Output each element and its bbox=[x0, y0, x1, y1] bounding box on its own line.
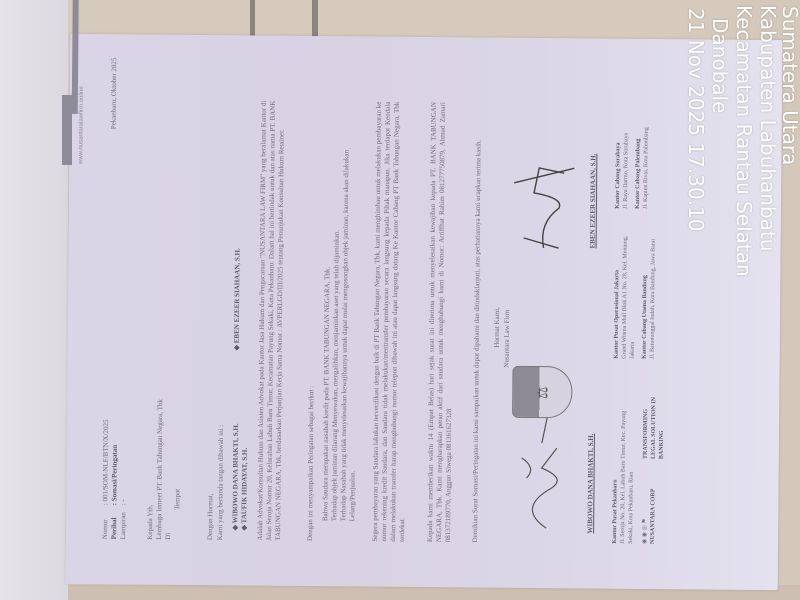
timestamp-overlay-line-1: 21 Nov 2025 17.30.10 bbox=[684, 8, 708, 232]
signatory-2: ◆ TAUFIK HIDAYAT, S.H. bbox=[240, 448, 250, 531]
timestamp-overlay-line-3: Kecamatan Rantau Selatan bbox=[732, 5, 756, 277]
recipient-line: Tempat bbox=[173, 240, 184, 510]
perihal-value: : Somasi/Peringatan bbox=[110, 445, 119, 506]
timestamp-overlay-line-5: Sumatera Utara bbox=[778, 6, 800, 165]
office-address: Jl. Batununggal Indah, Kota Bandung, Jaw… bbox=[649, 229, 658, 359]
signatory-3: ◆ EBEN EZEER SIAHAAN, S.H. bbox=[233, 248, 243, 350]
footer-office-branches: Kantor Cabang Surabaya Jl. Raya Darmo, K… bbox=[614, 89, 651, 209]
footer-office-pekanbaru: Kantor Pusat Pekanbaru Jl. Seroja No. 20… bbox=[611, 394, 636, 544]
office-address: Jl. Raya Darmo, Kota Surabaya bbox=[622, 89, 631, 209]
tile-grout-line bbox=[250, 0, 255, 40]
paragraph-1: Adalah Advokat/Konsultan Hukum dan Asist… bbox=[256, 101, 287, 541]
recipient-block: Kepada Yth. Lembaga Inmeet PT. Bank Tabu… bbox=[146, 240, 185, 540]
signature-right bbox=[503, 148, 584, 269]
lampiran-value: : - bbox=[119, 499, 127, 505]
letter-paper: www.nusantaralawfirm.online Pekanbaru, O… bbox=[66, 34, 783, 590]
office-address: Jl. Seroja No. 20, Kel. Labuh Baru Timur… bbox=[619, 394, 636, 544]
points-list: Bahwa Saudara merupakan nasabah kredit p… bbox=[321, 101, 361, 521]
signer-right-name: EBEN EZEER SIAHAAN, S.H. bbox=[589, 154, 599, 249]
nomor-value: : 001/SOM-NLF/BTN/X/2025 bbox=[101, 419, 110, 505]
place-date: Pekanbaru, Oktober 2025 bbox=[110, 58, 120, 130]
letter-content-rotated: www.nusantaralawfirm.online Pekanbaru, O… bbox=[66, 34, 783, 590]
paper-edge-bar bbox=[62, 95, 72, 165]
signature-left bbox=[506, 408, 577, 539]
intro-text: Kami yang bertanda tangan dibawah ini : bbox=[216, 425, 226, 541]
footer-office-jakarta: Kantor Pusat Operasional Jakarta Grand W… bbox=[613, 229, 658, 359]
signatory-name: TAUFIK HIDAYAT, S.H. bbox=[240, 448, 249, 524]
letter-header: Nomor: 001/SOM-NLF/BTN/X/2025 Perihal: S… bbox=[101, 419, 129, 539]
office-address: Jl. Kapten Rivai, Kota Palembang bbox=[642, 89, 651, 209]
firm-website: www.nusantaralawfirm.online bbox=[77, 86, 87, 164]
paragraph-3: Segera pembayaran yang Saudara lakukan t… bbox=[371, 102, 411, 542]
salutation: Dengan Hormat, bbox=[206, 493, 215, 540]
signatory-name: WIBOWO DANA BHAKTI, S.H. bbox=[231, 423, 240, 523]
white-tile-wall bbox=[0, 0, 68, 600]
brand-tagline: TRANSFORMING LEGAL SOLUTION IN BANKING bbox=[642, 389, 667, 459]
lampiran-label: Lampiran bbox=[119, 505, 128, 539]
signatory-name: EBEN EZEER SIAHAAN, S.H. bbox=[233, 248, 242, 343]
regards: Hormat Kami, bbox=[493, 307, 502, 348]
firm-name: Nusantara Law Firm bbox=[503, 310, 513, 368]
point-item: Terhadap Nasabah yang tidak menyelesaika… bbox=[339, 101, 361, 521]
closing-text: Demikian Surat Somasi/Peringatan ini kam… bbox=[471, 102, 484, 542]
paragraph-2: Dengan ini menyampaikan Peringatan sebag… bbox=[306, 101, 319, 541]
perihal-label: Perihal bbox=[110, 505, 119, 539]
brand-name: NUSANTARA CORP bbox=[649, 464, 658, 544]
timestamp-overlay-line-2: Danobale bbox=[708, 18, 732, 113]
signer-left-name: WIBOWO DANA BHAKTI, S.H. bbox=[586, 433, 596, 533]
nomor-label: Nomor bbox=[101, 505, 110, 539]
timestamp-overlay-line-4: Kabupaten Labuhanbatu bbox=[756, 5, 780, 251]
brand-logos: ◉ ◉ ◎ ⚑ NUSANTARA CORP bbox=[641, 464, 658, 544]
office-address: Grand Wisma Mall Blok A1 No. 28, Kel. Me… bbox=[621, 229, 638, 359]
paragraph-4: Kepada kami memberikan waktu 14 (Empat B… bbox=[426, 102, 457, 542]
tile-grout-line bbox=[312, 0, 318, 40]
